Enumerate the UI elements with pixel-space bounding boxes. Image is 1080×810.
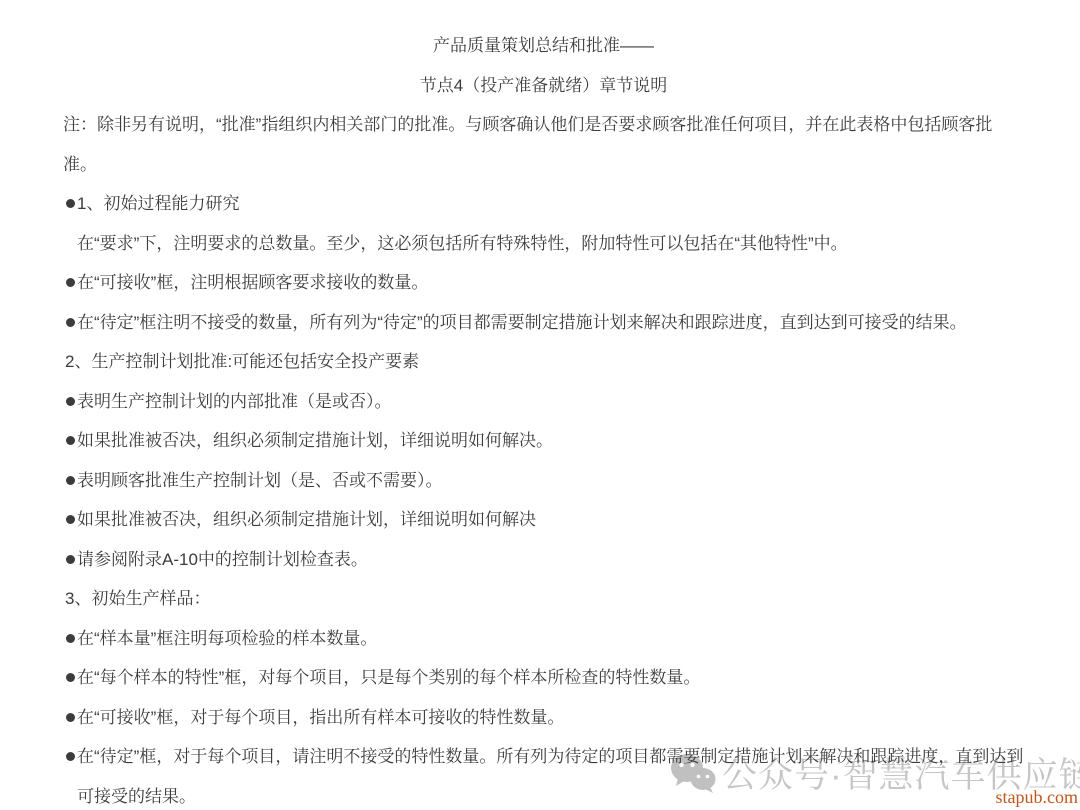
bullet-icon [66,673,75,682]
list-item-text: 2、生产控制计划批准:可能还包括安全投产要素 [65,352,419,371]
note-paragraph: 注：除非另有说明，“批准”指组织内相关部门的批准。与顾客确认他们是否要求顾客批准… [63,105,1024,184]
list-item-text: 请参阅附录A-10中的控制计划检查表。 [77,550,368,569]
section-heading: 2、生产控制计划批准:可能还包括安全投产要素 [63,342,1024,382]
doc-title-line1: 产品质量策划总结和批准—— [63,26,1024,66]
doc-title-line2: 节点4（投产准备就绪）章节说明 [63,66,1024,106]
bullet-icon [66,634,75,643]
document-page: 产品质量策划总结和批准—— 节点4（投产准备就绪）章节说明 注：除非另有说明，“… [0,0,1080,810]
bullet-icon [66,515,75,524]
bullet-icon [66,476,75,485]
bullet-list: 1、初始过程能力研究在“要求”下，注明要求的总数量。至少，这必须包括所有特殊特性… [63,184,1024,810]
bullet-icon [66,278,75,287]
list-item-text: 如果批准被否决，组织必须制定措施计划，详细说明如何解决。 [77,431,553,450]
list-item-text: 在“样本量”框注明每项检验的样本数量。 [77,629,377,648]
list-item: 表明生产控制计划的内部批准（是或否）。 [63,382,1024,422]
bullet-icon [66,555,75,564]
list-item-text: 在“可接收”框，对于每个项目，指出所有样本可接收的特性数量。 [77,708,564,727]
list-item: 在“待定”框，对于每个项目，请注明不接受的特性数量。所有列为待定的项目都需要制定… [63,737,1024,810]
list-item: 在“可接收”框，注明根据顾客要求接收的数量。 [63,263,1024,303]
bullet-icon [66,436,75,445]
list-item-text: 如果批准被否决，组织必须制定措施计划，详细说明如何解决 [77,510,536,529]
list-item-continuation: 在“要求”下，注明要求的总数量。至少，这必须包括所有特殊特性，附加特性可以包括在… [77,224,1024,264]
list-item: 如果批准被否决，组织必须制定措施计划，详细说明如何解决。 [63,421,1024,461]
list-item: 1、初始过程能力研究在“要求”下，注明要求的总数量。至少，这必须包括所有特殊特性… [63,184,1024,263]
list-item: 在“可接收”框，对于每个项目，指出所有样本可接收的特性数量。 [63,698,1024,738]
bullet-icon [66,752,75,761]
list-item-text: 在“待定”框注明不接受的数量，所有列为“待定”的项目都需要制定措施计划来解决和跟… [77,313,967,332]
site-watermark-text: stapub.com [996,787,1079,808]
list-item: 如果批准被否决，组织必须制定措施计划，详细说明如何解决 [63,500,1024,540]
bullet-icon [66,318,75,327]
bullet-icon [66,199,75,208]
list-item-text: 表明顾客批准生产控制计划（是、否或不需要）。 [77,471,443,490]
list-item-text: 在“可接收”框，注明根据顾客要求接收的数量。 [77,273,428,292]
list-item-text: 3、初始生产样品： [65,589,210,608]
list-item-text: 表明生产控制计划的内部批准（是或否）。 [77,392,392,411]
section-heading: 3、初始生产样品： [63,579,1024,619]
bullet-icon [66,397,75,406]
list-item-text: 1、初始过程能力研究 [77,194,239,213]
list-item-text: 在“每个样本的特性”框，对每个项目，只是每个类别的每个样本所检查的特性数量。 [77,668,700,687]
bullet-icon [66,713,75,722]
list-item: 在“待定”框注明不接受的数量，所有列为“待定”的项目都需要制定措施计划来解决和跟… [63,303,1024,343]
list-item: 请参阅附录A-10中的控制计划检查表。 [63,540,1024,580]
list-item-text: 在“待定”框，对于每个项目，请注明不接受的特性数量。所有列为待定的项目都需要制定… [77,747,1023,806]
list-item: 表明顾客批准生产控制计划（是、否或不需要）。 [63,461,1024,501]
list-item: 在“样本量”框注明每项检验的样本数量。 [63,619,1024,659]
list-item: 在“每个样本的特性”框，对每个项目，只是每个类别的每个样本所检查的特性数量。 [63,658,1024,698]
